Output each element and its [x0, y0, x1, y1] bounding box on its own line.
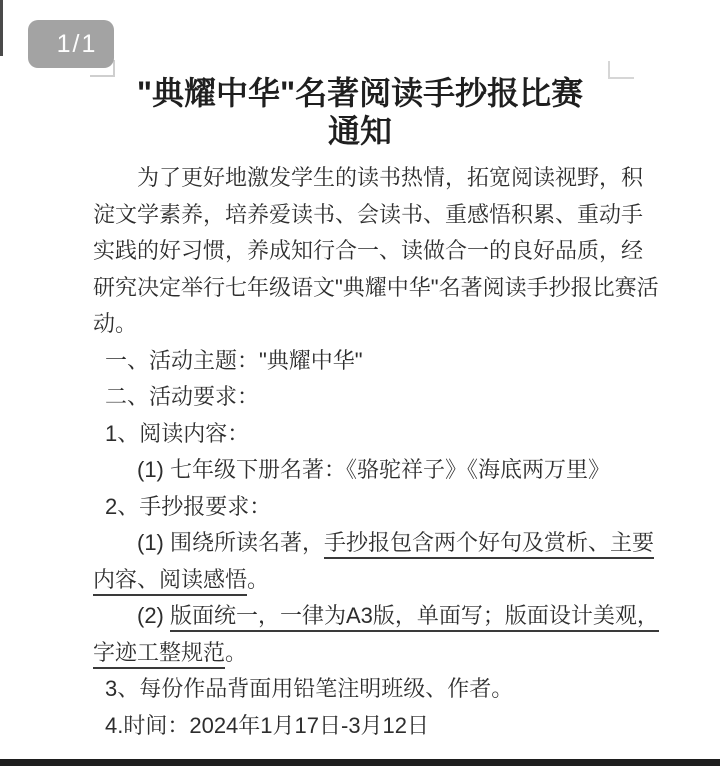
text-segment: (1) 围绕所读名著， — [137, 530, 324, 555]
text-segment: 2、手抄报要求： — [105, 494, 271, 519]
page-number-label: 1/1 — [57, 30, 98, 59]
text-segment: 。 — [247, 567, 269, 592]
text-segment: 3、每份作品背面用铅笔注明班级、作者。 — [105, 676, 513, 701]
text-segment: 为了更好地激发学生的读书热情，拓宽阅读视野，积 — [137, 165, 643, 190]
text-segment: 。 — [225, 640, 247, 665]
paragraph-item-poster-detail-2: (2) 版面统一，一律为A3版，单面写；版面设计美观，字迹工整规范。 — [93, 598, 670, 671]
paragraph-item-time: 4.时间：2024年1月17日-3月12日 — [105, 708, 670, 745]
text-segment: 一、活动主题："典耀中华" — [105, 348, 363, 373]
text-segment: (2) — [137, 603, 170, 628]
text-segment: (1) 七年级下册名著：《骆驼祥子》《海底两万里》 — [137, 457, 610, 482]
bottom-edge-bar — [0, 759, 720, 766]
underlined-text-segment: 字迹工整规范 — [93, 640, 225, 669]
text-segment: 动。 — [93, 311, 137, 336]
crop-corner-mark-right — [608, 61, 634, 79]
text-segment: 二、活动要求： — [105, 384, 259, 409]
text-segment: 实践的好习惯，养成知行合一、读做合一的良好品质，经 — [93, 238, 643, 263]
document-title: "典耀中华"名著阅读手抄报比赛 通知 — [0, 74, 720, 150]
text-segment: 淀文学素养，培养爱读书、会读书、重感悟积累、重动手 — [93, 202, 643, 227]
underlined-text-segment: 内容、阅读感悟 — [93, 567, 247, 596]
page-number-badge: 1/1 — [28, 20, 114, 68]
paragraph-item-poster-detail-1: (1) 围绕所读名著，手抄报包含两个好句及赏析、主要内容、阅读感悟。 — [93, 525, 670, 598]
document-body: 为了更好地激发学生的读书热情，拓宽阅读视野，积淀文学素养，培养爱读书、会读书、重… — [0, 160, 720, 744]
scan-edge-artifact — [0, 0, 3, 56]
paragraph-item-requirements: 二、活动要求： — [105, 379, 670, 416]
paragraph-intro: 为了更好地激发学生的读书热情，拓宽阅读视野，积淀文学素养，培养爱读书、会读书、重… — [93, 160, 670, 343]
paragraph-item-reading-content: 1、阅读内容： — [105, 416, 670, 453]
text-segment: 4.时间：2024年1月17日-3月12日 — [105, 713, 429, 738]
paragraph-item-poster-requirements: 2、手抄报要求： — [105, 489, 670, 526]
text-segment: 研究决定举行七年级语文"典耀中华"名著阅读手抄报比赛活 — [93, 275, 659, 300]
text-segment: 1、阅读内容： — [105, 421, 249, 446]
document-title-line1: "典耀中华"名著阅读手抄报比赛 — [0, 74, 720, 112]
document-title-line2: 通知 — [0, 112, 720, 150]
paragraph-item-theme: 一、活动主题："典耀中华" — [105, 343, 670, 380]
paragraph-item-label-pencil: 3、每份作品背面用铅笔注明班级、作者。 — [105, 671, 670, 708]
underlined-text-segment: 手抄报包含两个好句及赏析、主要 — [324, 530, 654, 559]
underlined-text-segment: 版面统一，一律为A3版，单面写；版面设计美观， — [170, 603, 659, 632]
paragraph-item-reading-books: (1) 七年级下册名著：《骆驼祥子》《海底两万里》 — [93, 452, 670, 489]
